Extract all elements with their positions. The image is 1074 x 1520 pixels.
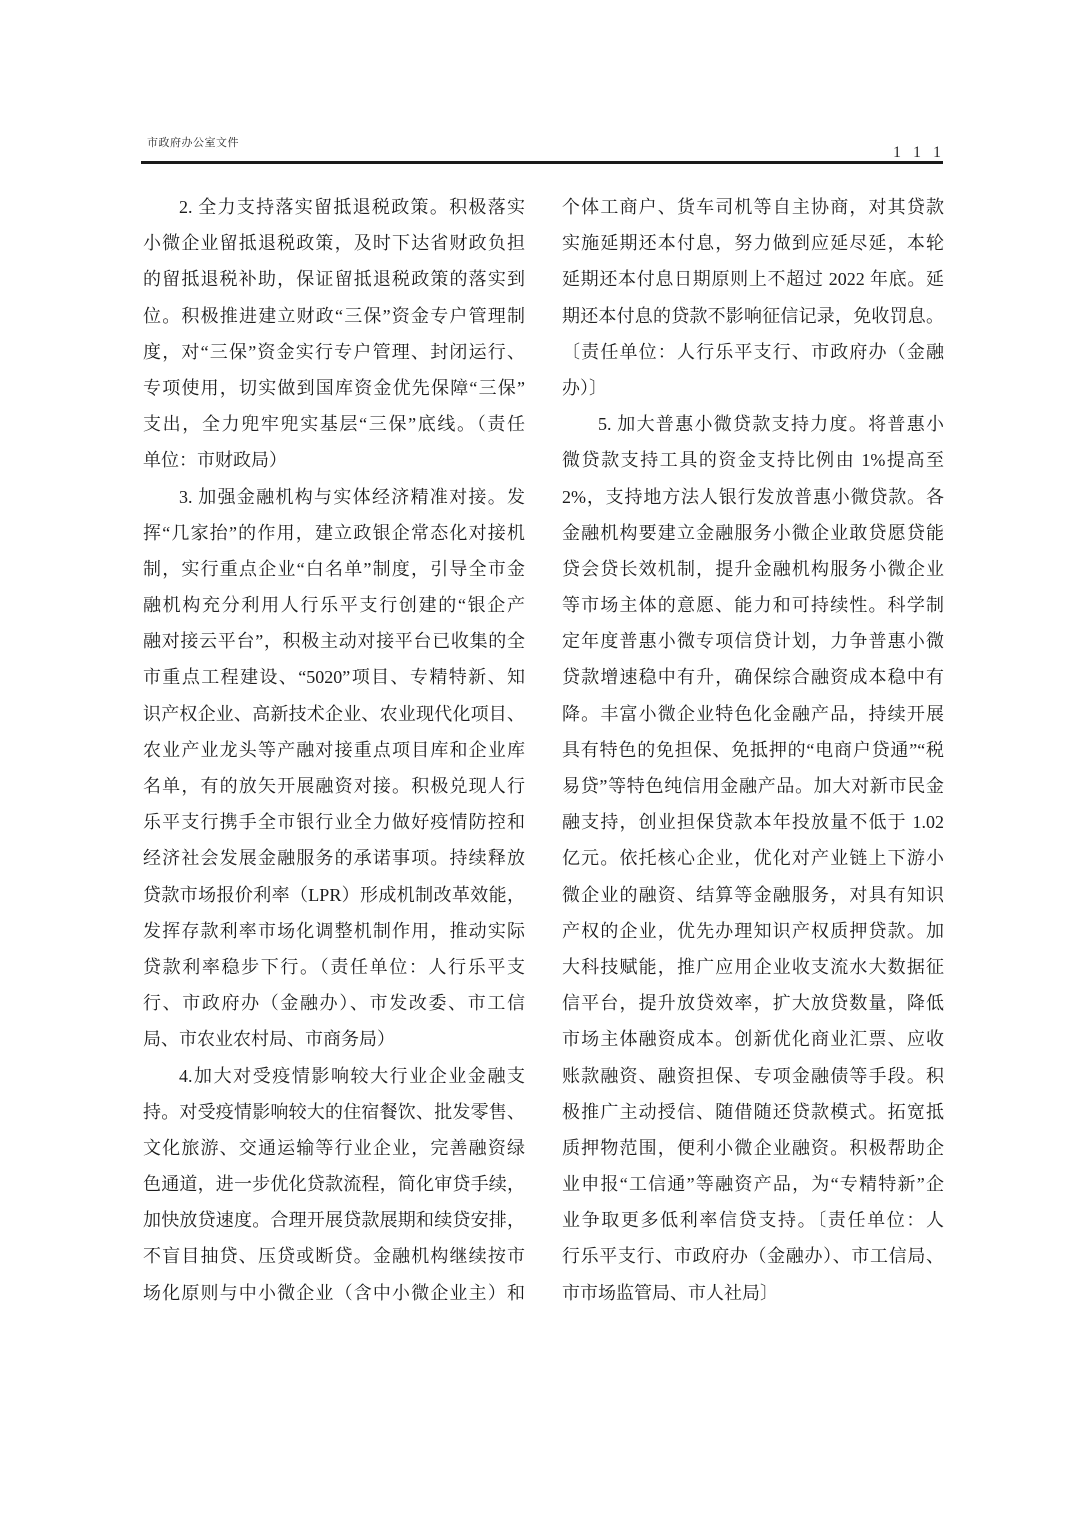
left-column: 2. 全力支持落实留抵退税政策。积极落实小微企业留抵退税政策，及时下达省财政负担… — [143, 189, 525, 1311]
right-column: 个体工商户、货车司机等自主协商，对其贷款实施延期还本付息，努力做到应延尽延，本轮… — [562, 189, 944, 1311]
text-line: 贷款市场报价利率（LPR）形成机制改革效能， — [143, 877, 525, 913]
text-line: 极推广主动授信、随借随还贷款模式。拓宽抵 — [562, 1094, 944, 1130]
text-line: 金融机构要建立金融服务小微企业敢贷愿贷能 — [562, 515, 944, 551]
text-line: 实施延期还本付息，努力做到应延尽延，本轮 — [562, 225, 944, 261]
text-line: 融机构充分利用人行乐平支行创建的“银企产 — [143, 587, 525, 623]
text-line: 亿元。依托核心企业，优化对产业链上下游小 — [562, 840, 944, 876]
text-line: 微企业的融资、结算等金融服务，对具有知识 — [562, 877, 944, 913]
text-line: 色通道，进一步优化贷款流程，简化审贷手续， — [143, 1166, 525, 1202]
text-line: 小微企业留抵退税政策，及时下达省财政负担 — [143, 225, 525, 261]
text-line: 融支持，创业担保贷款本年投放量不低于 1.02 — [562, 804, 944, 840]
text-line: 2%，支持地方法人银行发放普惠小微贷款。各 — [562, 479, 944, 515]
text-line: 质押物范围，便利小微企业融资。积极帮助企 — [562, 1130, 944, 1166]
text-line: 市市场监管局、市人社局〕 — [562, 1275, 944, 1311]
text-line: 发挥存款利率市场化调整机制作用，推动实际 — [143, 913, 525, 949]
text-line: 等市场主体的意愿、能力和可持续性。科学制 — [562, 587, 944, 623]
text-line: 账款融资、融资担保、专项金融债等手段。积 — [562, 1058, 944, 1094]
text-line: 挥“几家抬”的作用，建立政银企常态化对接机 — [143, 515, 525, 551]
text-line: 产权的企业，优先办理知识产权质押贷款。加 — [562, 913, 944, 949]
text-line: 微贷款支持工具的资金支持比例由 1%提高至 — [562, 442, 944, 478]
text-line: 2. 全力支持落实留抵退税政策。积极落实 — [143, 189, 525, 225]
text-line: 度，对“三保”资金实行专户管理、封闭运行、 — [143, 334, 525, 370]
text-line: 识产权企业、高新技术企业、农业现代化项目、 — [143, 696, 525, 732]
text-line: 的留抵退税补助，保证留抵退税政策的落实到 — [143, 261, 525, 297]
text-line: 贷款利率稳步下行。（责任单位：人行乐平支 — [143, 949, 525, 985]
text-line: 加快放贷速度。合理开展贷款展期和续贷安排， — [143, 1202, 525, 1238]
text-line: 单位：市财政局） — [143, 442, 525, 478]
text-line: 农业产业龙头等产融对接重点项目库和企业库 — [143, 732, 525, 768]
text-line: 4.加大对受疫情影响较大行业企业金融支 — [143, 1058, 525, 1094]
text-line: 场化原则与中小微企业（含中小微企业主）和 — [143, 1275, 525, 1311]
text-line: 局、市农业农村局、市商务局） — [143, 1021, 525, 1057]
text-line: 持。对受疫情影响较大的住宿餐饮、批发零售、 — [143, 1094, 525, 1130]
text-line: 具有特色的免担保、免抵押的“电商户贷通”“税 — [562, 732, 944, 768]
text-line: 行乐平支行、市政府办（金融办）、市工信局、 — [562, 1238, 944, 1274]
text-line: 信平台，提升放贷效率，扩大放贷数量，降低 — [562, 985, 944, 1021]
text-line: 贷款增速稳中有升，确保综合融资成本稳中有 — [562, 659, 944, 695]
text-line: 支出，全力兜牢兜实基层“三保”底线。（责任 — [143, 406, 525, 442]
text-line: 定年度普惠小微专项信贷计划，力争普惠小微 — [562, 623, 944, 659]
text-line: 经济社会发展金融服务的承诺事项。持续释放 — [143, 840, 525, 876]
text-line: 行、市政府办（金融办）、市发改委、市工信 — [143, 985, 525, 1021]
text-line: 乐平支行携手全市银行业全力做好疫情防控和 — [143, 804, 525, 840]
header-title: 市政府办公室文件 — [147, 134, 239, 150]
page-number: 1 1 1 — [893, 144, 945, 162]
text-line: 办）〕 — [562, 370, 944, 406]
text-line: 制，实行重点企业“白名单”制度，引导全市金 — [143, 551, 525, 587]
text-line: 位。积极推进建立财政“三保”资金专户管理制 — [143, 298, 525, 334]
text-line: 融对接云平台”，积极主动对接平台已收集的全 — [143, 623, 525, 659]
text-line: 不盲目抽贷、压贷或断贷。金融机构继续按市 — [143, 1238, 525, 1274]
text-line: 〔责任单位：人行乐平支行、市政府办（金融 — [562, 334, 944, 370]
text-line: 易贷”等特色纯信用金融产品。加大对新市民金 — [562, 768, 944, 804]
text-line: 降。丰富小微企业特色化金融产品，持续开展 — [562, 696, 944, 732]
text-line: 名单，有的放矢开展融资对接。积极兑现人行 — [143, 768, 525, 804]
text-line: 业申报“工信通”等融资产品，为“专精特新”企 — [562, 1166, 944, 1202]
text-line: 文化旅游、交通运输等行业企业，完善融资绿 — [143, 1130, 525, 1166]
text-line: 市重点工程建设、“5020”项目、专精特新、知 — [143, 659, 525, 695]
text-line: 5. 加大普惠小微贷款支持力度。将普惠小 — [562, 406, 944, 442]
text-line: 3. 加强金融机构与实体经济精准对接。发 — [143, 479, 525, 515]
text-line: 期还本付息的贷款不影响征信记录，免收罚息。 — [562, 298, 944, 334]
text-line: 大科技赋能，推广应用企业收支流水大数据征 — [562, 949, 944, 985]
text-line: 贷会贷长效机制，提升金融机构服务小微企业 — [562, 551, 944, 587]
text-line: 市场主体融资成本。创新优化商业汇票、应收 — [562, 1021, 944, 1057]
header-rule — [141, 161, 943, 164]
text-line: 延期还本付息日期原则上不超过 2022 年底。延 — [562, 261, 944, 297]
text-line: 个体工商户、货车司机等自主协商，对其贷款 — [562, 189, 944, 225]
document-page: 市政府办公室文件 1 1 1 2. 全力支持落实留抵退税政策。积极落实小微企业留… — [0, 0, 1074, 1520]
text-line: 专项使用，切实做到国库资金优先保障“三保” — [143, 370, 525, 406]
text-line: 业争取更多低利率信贷支持。〔责任单位：人 — [562, 1202, 944, 1238]
